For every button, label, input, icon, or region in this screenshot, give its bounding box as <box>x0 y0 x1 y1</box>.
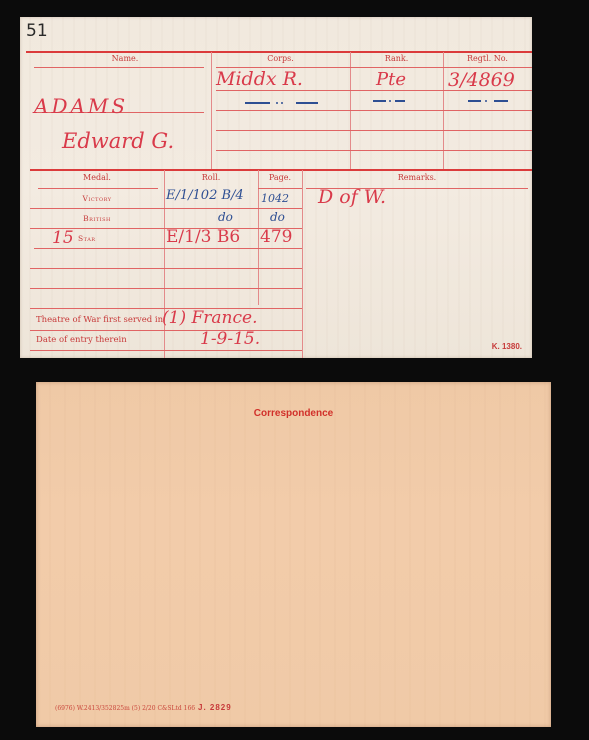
divider <box>211 52 212 169</box>
rule <box>34 248 302 249</box>
page-value-star: 479 <box>260 229 292 246</box>
ditto-mark <box>395 100 405 102</box>
page-header: Page. <box>258 173 302 182</box>
page-value-british: do <box>270 211 285 223</box>
corps-header: Corps. <box>211 54 350 63</box>
remarks-value: D of W. <box>318 188 386 207</box>
section-rule <box>30 169 532 171</box>
forenames: Edward G. <box>62 131 174 152</box>
medal-header: Medal. <box>30 173 164 182</box>
reference-number: 51 <box>26 23 48 40</box>
medal-prefix-star: 15 <box>52 230 74 247</box>
ditto-mark <box>373 100 386 102</box>
top-rule <box>26 51 532 53</box>
rule <box>30 208 302 209</box>
ditto-mark <box>281 102 283 104</box>
ditto-mark <box>245 102 270 104</box>
medal-index-card-back: Correspondence (6976) W.2413/352825m (5)… <box>36 382 551 727</box>
divider <box>302 170 303 358</box>
rule <box>30 288 302 289</box>
regtl-no-header: Regtl. No. <box>443 54 532 63</box>
rule <box>38 188 158 189</box>
rule <box>258 188 302 189</box>
form-number: K. 1380. <box>492 342 522 351</box>
medal-name-victory: Victory <box>30 194 164 203</box>
theatre-label: Theatre of War first served in <box>36 315 163 325</box>
ditto-mark <box>468 100 481 102</box>
medal-name-british: British <box>30 214 164 223</box>
rule <box>34 67 204 68</box>
form-code: J. 2829 <box>198 703 232 712</box>
ditto-mark <box>296 102 318 104</box>
rule <box>216 130 532 131</box>
regtl-no-value: 3/4869 <box>448 71 515 90</box>
corps-value: Middx R. <box>216 70 303 89</box>
medal-name-star: Star <box>78 234 96 243</box>
rule <box>216 110 532 111</box>
surname: ADAMS <box>34 96 128 116</box>
date-label: Date of entry therein <box>36 335 127 345</box>
printer-imprint: (6976) W.2413/352825m (5) 2/20 C&SLtd 16… <box>55 705 195 712</box>
rule <box>30 330 302 331</box>
roll-value-british: do <box>218 211 233 223</box>
rule <box>30 268 302 269</box>
divider <box>258 170 259 305</box>
roll-value-victory: E/1/102 B/4 <box>166 189 244 202</box>
rank-value: Pte <box>376 71 406 89</box>
page-value-victory: 1042 <box>261 193 289 204</box>
date-value: 1-9-15. <box>200 331 260 348</box>
roll-value-star: E/1/3 B6 <box>166 229 240 246</box>
medal-index-card-front: 51 Name. Corps. Rank. Regtl. No. ADAMS E… <box>20 17 532 358</box>
rule <box>30 350 302 351</box>
rank-header: Rank. <box>350 54 443 63</box>
ditto-mark <box>276 102 278 104</box>
ditto-mark <box>389 100 391 102</box>
ditto-mark <box>485 100 487 102</box>
correspondence-title: Correspondence <box>36 408 551 419</box>
ditto-mark <box>494 100 508 102</box>
rule <box>216 150 532 151</box>
roll-header: Roll. <box>164 173 258 182</box>
remarks-header: Remarks. <box>302 173 532 182</box>
theatre-value: (1) France. <box>162 310 257 327</box>
name-header: Name. <box>40 54 210 63</box>
